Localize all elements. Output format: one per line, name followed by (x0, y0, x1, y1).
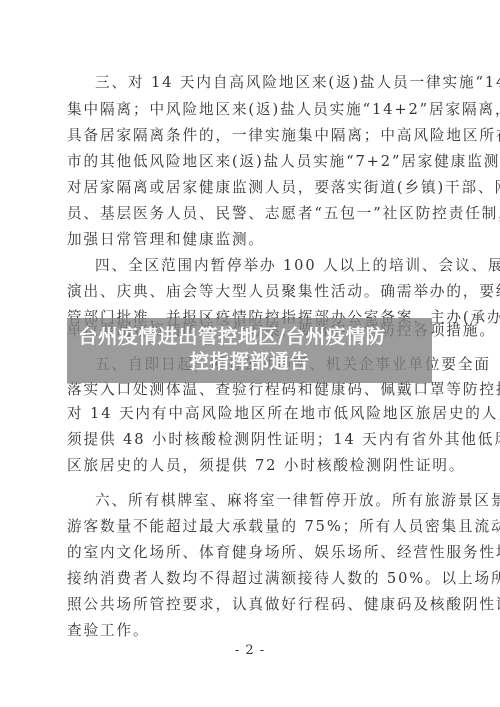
paragraph-line: 员、基层医务人员、民警、志愿者“五包一”社区防控责任制， (67, 205, 439, 223)
paragraph-line: 对 14 天内有中高风险地区所在地市低风险地区旅居史的人员， (67, 405, 439, 423)
paragraph-line: 的室内文化场所、体育健身场所、娱乐场所、经营性服务性场所 (67, 544, 439, 562)
paragraph-line: 市的其他低风险地区来(返)盐人员实施“7+2”居家健康监测。 (67, 153, 439, 171)
paragraph-line: 三、对 14 天内自高风险地区来(返)盐人员一律实施“14+2” (95, 74, 439, 92)
paragraph-line: 接纳消费者人数均不得超过满额接待人数的 50%。以上场所要按 (67, 570, 439, 588)
paragraph-line: 游客数量不能超过最大承载量的 75%；所有人员密集且流动性大 (67, 518, 439, 536)
paragraph-line: 六、所有棋牌室、麻将室一律暂停开放。所有旅游景区景点 (95, 492, 439, 510)
paragraph-line: 加强日常管理和健康监测。 (67, 231, 439, 249)
paragraph-line: 具备居家隔离条件的，一律实施集中隔离；中高风险地区所在地 (67, 127, 439, 145)
paragraph-line: 四、全区范围内暂停举办 100 人以上的培训、会议、展览、 (95, 257, 439, 275)
headline-line-2: 控指挥部通告 (67, 350, 432, 374)
paragraph-line: 集中隔离；中风险地区来(返)盐人员实施“14+2”居家隔离，不 (67, 101, 439, 119)
paragraph-line: 照公共场所管控要求，认真做好行程码、健康码及核酸阴性证明 (67, 596, 439, 614)
page-number: - 2 - (0, 643, 500, 658)
paragraph-line: 对居家隔离或居家健康监测人员，要落实街道(乡镇)干部、网格 (67, 179, 439, 197)
paragraph-line: 查验工作。 (67, 622, 439, 640)
document-page: 三、对 14 天内自高风险地区来(返)盐人员一律实施“14+2” 集中隔离；中风… (0, 0, 500, 707)
paragraph-line: 落实入口处测体温、查验行程码和健康码、佩戴口罩等防控措施。 (67, 381, 439, 399)
paragraph-line: 区旅居史的人员，须提供 72 小时核酸检测阴性证明。 (67, 457, 439, 475)
headline-line-1: 台州疫情进出管控地区/台州疫情防 (67, 325, 432, 349)
paragraph-line: 须提供 48 小时核酸检测阴性证明；14 天内有省外其他低风险地 (67, 431, 439, 449)
paragraph-line: 演出、庆典、庙会等大型人员聚集性活动。确需举办的，要经主 (67, 283, 439, 301)
